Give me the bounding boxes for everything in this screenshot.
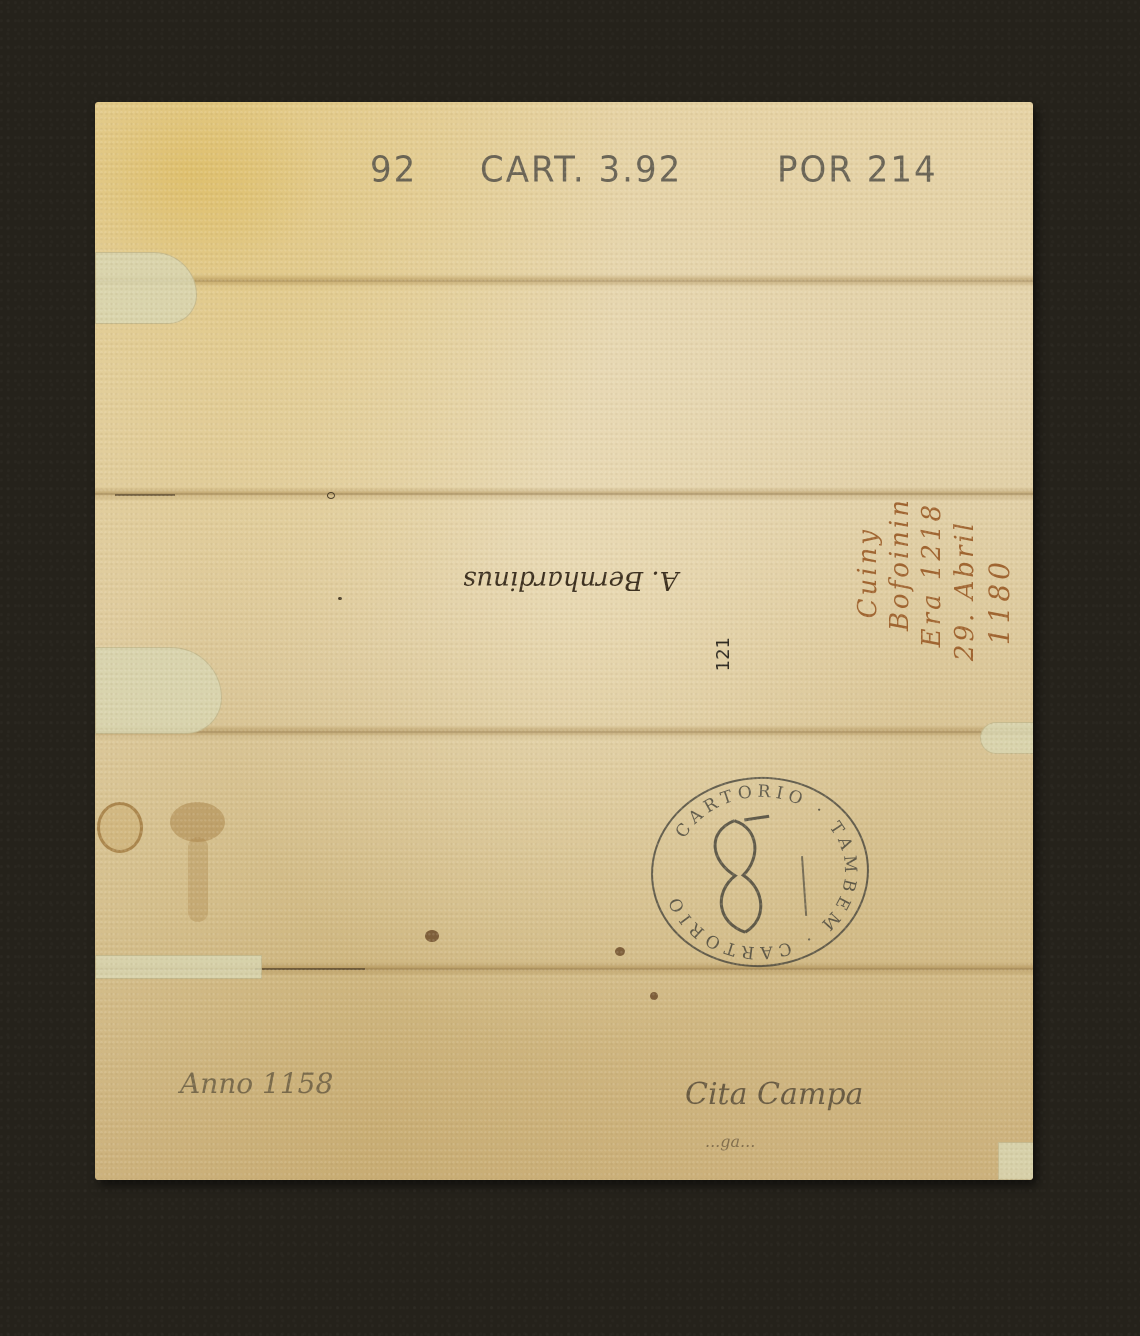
fold-crease-3 [95, 725, 1033, 739]
brown-ink-date: 29. Abril [950, 520, 980, 661]
bottom-left-date-note: Anno 1158 [180, 1067, 333, 1100]
brown-ink-name: Bofoinin [885, 497, 915, 631]
repair-patch-top-left [95, 252, 197, 324]
brown-ink-place: Cuiny [853, 527, 883, 618]
dark-ink-inverted-note: A. Bernhardinus [463, 565, 678, 595]
stain-drip-tail [188, 837, 208, 922]
repair-strip-bottom-left [95, 955, 262, 979]
repair-patch-mid-left [95, 647, 222, 734]
brown-ink-era: Era 1218 [917, 502, 947, 647]
fold-tear-2 [255, 968, 365, 970]
stain-ring [97, 802, 143, 853]
ink-dot-1 [327, 492, 335, 499]
stamp-legend-icon: CARTORIO · TAMBEM · CARTORIO [647, 772, 873, 972]
brown-ink-year: 1180 [983, 558, 1016, 645]
bottom-right-small-note: ...ga... [705, 1132, 755, 1151]
stain-drip-head [170, 802, 225, 842]
pencil-number: 92 [370, 149, 417, 191]
fold-tear-1 [115, 494, 175, 496]
ink-spot-2 [615, 947, 625, 956]
svg-text:CARTORIO · TAMBEM · CARTORIO: CARTORIO · TAMBEM · CARTORIO [656, 775, 866, 969]
repair-patch-right [980, 722, 1033, 754]
bottom-right-note: Cita Campa [685, 1077, 863, 1112]
repair-patch-bottom-right [998, 1142, 1033, 1180]
fold-crease-1 [95, 274, 1033, 288]
ink-spot-3 [650, 992, 658, 1000]
parchment-sheet: 92 CART. 3.92 POR 214 1180 29. Abril Era… [95, 102, 1033, 1180]
shelf-number: 121 [713, 637, 734, 671]
ink-spot-1 [425, 930, 439, 942]
archive-stamp: CARTORIO · TAMBEM · CARTORIO [645, 770, 876, 975]
pencil-cart-reference: CART. 3.92 [480, 149, 682, 191]
pencil-por-reference: POR 214 [777, 149, 938, 191]
ink-dot-2 [338, 597, 342, 600]
